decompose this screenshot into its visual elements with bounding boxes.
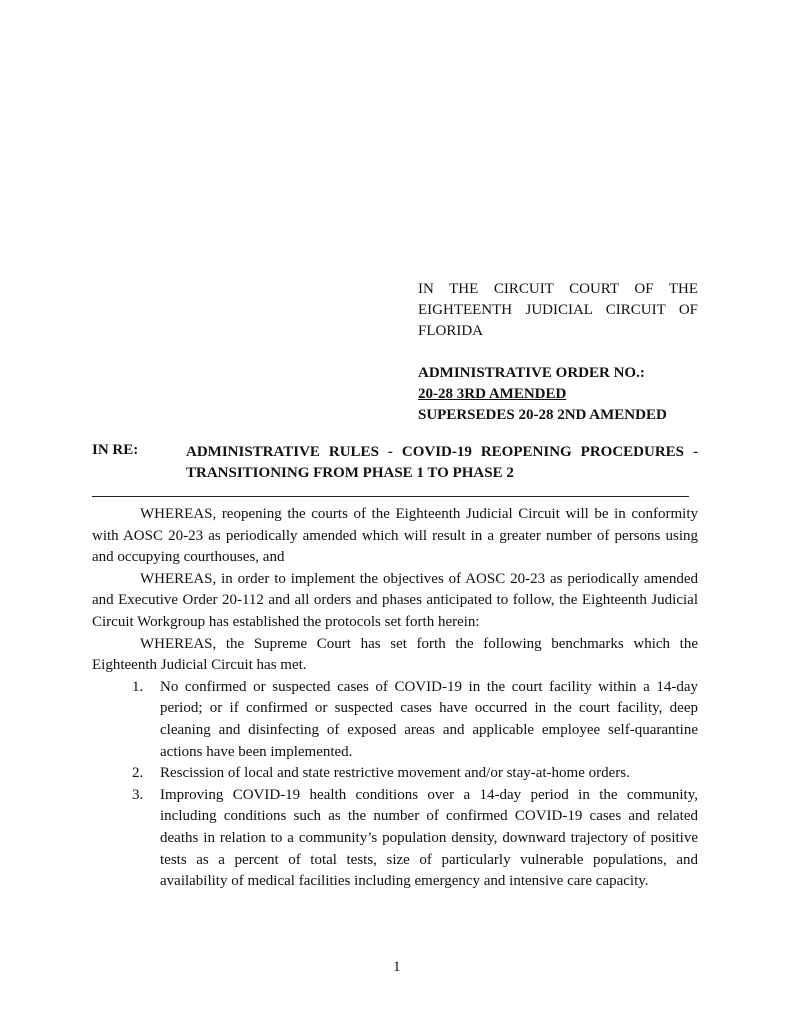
order-number: 20-28 3RD AMENDED <box>418 384 667 405</box>
divider-rule <box>92 496 689 497</box>
benchmark-text: No confirmed or suspected cases of COVID… <box>160 679 698 760</box>
benchmark-item: 3. Improving COVID-19 health conditions … <box>92 785 698 893</box>
caption-line-1: IN THE CIRCUIT COURT OF THE <box>418 279 698 300</box>
benchmark-number: 1. <box>132 677 143 699</box>
caption-line-3: FLORIDA <box>418 321 698 342</box>
order-label: ADMINISTRATIVE ORDER NO.: <box>418 363 667 384</box>
benchmark-text: Rescission of local and state restrictiv… <box>160 765 630 781</box>
whereas-paragraph: WHEREAS, in order to implement the objec… <box>92 569 698 634</box>
benchmark-list: 1. No confirmed or suspected cases of CO… <box>92 677 698 893</box>
benchmark-item: 2. Rescission of local and state restric… <box>92 763 698 785</box>
benchmark-item: 1. No confirmed or suspected cases of CO… <box>92 677 698 763</box>
in-re-line-2: TRANSITIONING FROM PHASE 1 TO PHASE 2 <box>186 463 698 484</box>
benchmark-text: Improving COVID-19 health conditions ove… <box>160 787 698 889</box>
court-caption: IN THE CIRCUIT COURT OF THE EIGHTEENTH J… <box>418 279 698 342</box>
benchmark-number: 3. <box>132 785 143 807</box>
in-re-subject: ADMINISTRATIVE RULES - COVID-19 REOPENIN… <box>186 442 698 484</box>
order-supersedes: SUPERSEDES 20-28 2ND AMENDED <box>418 405 667 426</box>
page-number: 1 <box>393 959 401 976</box>
whereas-paragraph: WHEREAS, the Supreme Court has set forth… <box>92 634 698 677</box>
document-body: WHEREAS, reopening the courts of the Eig… <box>92 504 698 893</box>
in-re-label: IN RE: <box>92 442 138 459</box>
whereas-paragraph: WHEREAS, reopening the courts of the Eig… <box>92 504 698 569</box>
caption-line-2: EIGHTEENTH JUDICIAL CIRCUIT OF <box>418 300 698 321</box>
in-re-line-1: ADMINISTRATIVE RULES - COVID-19 REOPENIN… <box>186 442 698 463</box>
order-heading: ADMINISTRATIVE ORDER NO.: 20-28 3RD AMEN… <box>418 363 667 426</box>
benchmark-number: 2. <box>132 763 143 785</box>
